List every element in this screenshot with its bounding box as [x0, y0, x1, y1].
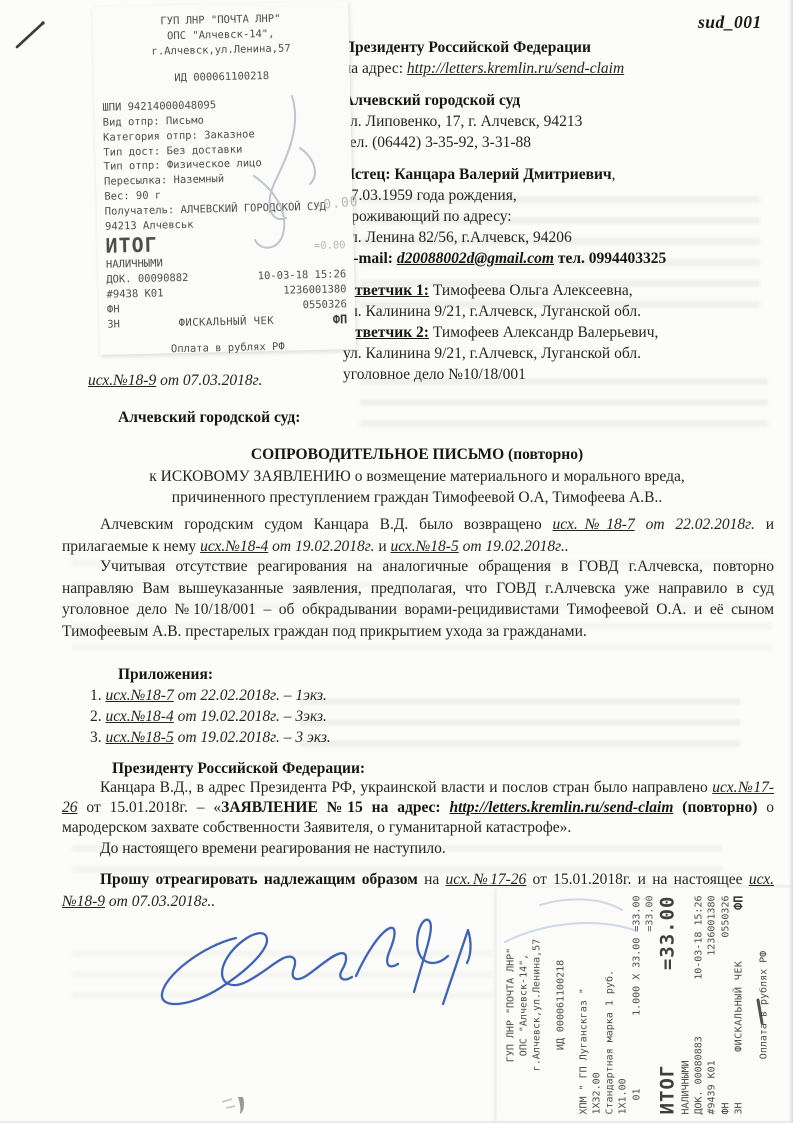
receipt-total-label: ИТОГ [105, 233, 158, 258]
attachment-item: 2. исх.№18-4 от 19.02.2018г. – 3экз. [90, 706, 331, 727]
postal-receipt-bottom-wrap: ГУП ЛНР "ПОЧТА ЛНР"ОПС "Алчевск-14",г.Ал… [497, 886, 793, 1123]
receipt-footer: Оплата в рублях РФ [108, 339, 348, 359]
receipt-serial: 0550326 [302, 297, 347, 313]
address-line: E-mail: d20088002d@gmail.com тел. 099440… [343, 248, 773, 269]
address-line: Истец: Канцара Валерий Дмитриевич, [343, 164, 773, 185]
receipt-item-line: 1Х1.00 [617, 896, 630, 1115]
letter-title-line: к ИСКОВОМУ ЗАЯВЛЕНИЮ о возмещение матери… [62, 466, 772, 488]
bleedthrough-text [300, 698, 740, 760]
outgoing-ref-line: исх.№18-9 от 07.03.2018г. [88, 370, 262, 391]
receipt-total-label: ИТОГ [657, 1065, 680, 1115]
address-line: 17.03.1959 года рождения, [343, 185, 773, 206]
receipt-fiscal-check-label: ФИСКАЛЬНЫЙ ЧЕК [178, 313, 274, 330]
paragraph-no-reaction: До настоящего времени реагирования не на… [62, 838, 774, 860]
receipt-org-block: ГУП ЛНР "ПОЧТА ЛНР"ОПС "Алчевск-14",г.Ал… [505, 896, 545, 1115]
receipt-details: ШПИ 94214000048095Вид отпр: ПисьмоКатего… [102, 95, 345, 234]
receipt-qty-row: 01 1.000 Х 33.00 =33.00 [630, 896, 643, 1115]
receipt-qty-right: 1.000 Х 33.00 =33.00 [630, 896, 643, 1016]
receipt-register: #9439 К01 [706, 1060, 719, 1114]
receipt-datetime: 10-03-18 15:26 [693, 896, 706, 980]
receipt-fn-label: ФН [719, 1102, 732, 1114]
address-line: ул. Липовенко, 17, г. Алчевск, 94213 [343, 111, 773, 132]
receipt-fp-label: ФП [333, 312, 348, 327]
doc-id-label: sud_001 [698, 12, 762, 33]
receipt-serial: 0550326 [719, 896, 732, 938]
receipt-total-row: ИТОГ =33.00 [657, 896, 680, 1115]
address-line: проживающий по адресу: [343, 206, 773, 227]
receipt-qty-left: 01 [630, 1088, 643, 1114]
attachment-item: 3. исх.№18-5 от 19.02.2018г. – 3 экз. [90, 727, 331, 748]
address-line: Ответчик 2: Тимофеев Александр Валерьеви… [343, 322, 773, 343]
receipt-doc-no: ДОК. 00090882 [106, 271, 189, 288]
address-line: на адрес: http://letters.kremlin.ru/send… [343, 58, 773, 79]
receipt-org-line: ГУП ЛНР "ПОЧТА ЛНР" [505, 896, 518, 1115]
receipt-item-line: 1Х32.00 [591, 896, 604, 1115]
receipt-item-line: Стандартная марка 1 руб. [604, 896, 617, 1115]
postal-receipt-top: ГУП ЛНР "ПОЧТА ЛНР"ОПС "Алчевск-14",г.Ал… [92, 1, 356, 355]
address-line: ул. Калинина 9/21, г.Алчевск, Луганской … [343, 343, 773, 364]
address-line: ул. Калинина 9/21, г.Алчевск, Луганской … [343, 301, 773, 322]
paragraph-returned-claims: Алчевским городским судом Канцара В.Д. б… [62, 514, 774, 557]
receipt-zn-label: ЗН [732, 1102, 745, 1114]
receipt-org-block: ГУП ЛНР "ПОЧТА ЛНР"ОПС "Алчевск-14",г.Ал… [100, 10, 341, 60]
attachment-item: 1. исх.№18-7 от 22.02.2018г. – 1экз. [90, 685, 331, 706]
attachments-heading: Приложения: [118, 664, 331, 685]
address-line: тел. (06442) 3-35-92, 3-31-88 [343, 132, 773, 153]
postal-receipt-bottom: ГУП ЛНР "ПОЧТА ЛНР"ОПС "Алчевск-14",г.Ал… [497, 888, 793, 1123]
receipt-id-line: ИД 000061100218 [554, 896, 567, 1115]
scanned-letter-page: sud_001 ГУП ЛНР "ПОЧТА ЛНР"ОПС "Алчевск-… [0, 0, 793, 1123]
address-block: Президенту Российской Федерациина адрес:… [343, 37, 773, 385]
bleedthrough-text [72, 950, 492, 1012]
receipt-payment-method: НАЛИЧНЫМИ [680, 896, 693, 1115]
attachments-list: 1. исх.№18-7 от 22.02.2018г. – 1экз.2. и… [90, 685, 331, 748]
receipt-org-line: г.Алчевск,ул.Ленина,57 [531, 896, 544, 1115]
address-line: ул. Ленина 82/56, г.Алчевск, 94206 [343, 227, 773, 248]
paragraph-resend-reason: Учитывая отсутствие реагирования на анал… [62, 556, 774, 642]
address-line [343, 79, 773, 90]
pen-slash-mark [17, 21, 45, 47]
receipt-doc-no: ДОК. 00080883 [693, 1036, 706, 1114]
receipt-total-value: =0.00 [314, 238, 346, 254]
receipt-item-line: ХПМ " ГП Луганскгаз " [577, 896, 590, 1115]
receipt-fn-row: ФН 0550326 [719, 896, 732, 1115]
letter-title-line: СОПРОВОДИТЕЛЬНОЕ ПИСЬМО (повторно) [62, 444, 772, 466]
receipt-stray-amount: -0.00 [314, 195, 359, 214]
letter-title-line: причиненного преступлением граждан Тимоф… [62, 487, 772, 509]
receipt-fn-label: ФН [107, 302, 120, 317]
president-heading: Президенту Российской Федерации: [112, 758, 365, 779]
bleedthrough-text [360, 378, 768, 440]
address-line [343, 269, 773, 280]
receipt-zn-label: ЗН [107, 317, 120, 332]
paragraph-statement-15: Канцара В.Д., в адрес Президента РФ, укр… [62, 778, 774, 838]
receipt-items: ХПМ " ГП Луганскгаз "1Х32.00Стандартная … [577, 896, 630, 1115]
receipt-fp-label: ФП [732, 896, 745, 910]
address-line: Президенту Российской Федерации [343, 37, 773, 58]
receipt-id-line: ИД 000061100218 [102, 68, 342, 88]
scan-edge [789, 0, 793, 1123]
receipt-footer: Оплата в рублях РФ [758, 896, 771, 1115]
signature [162, 920, 471, 1004]
address-line [343, 153, 773, 164]
receipt-fiscal-no: 1236001380 [706, 896, 719, 956]
smudge-mark [222, 1097, 244, 1114]
receipt-total-value: =33.00 [657, 896, 680, 971]
court-salutation: Алчевский городской суд: [118, 407, 300, 428]
receipt-org-line: ОПС "Алчевск-14", [518, 896, 531, 1115]
attachments-block: Приложения: 1. исх.№18-7 от 22.02.2018г.… [90, 664, 331, 748]
receipt-doc-row: ДОК. 00080883 10-03-18 15:26 [693, 896, 706, 1115]
receipt-zn-row: ЗН ФИСКАЛЬНЫЙ ЧЕК ФП [732, 896, 745, 1115]
receipt-fiscal-no: 1236001380 [283, 282, 347, 298]
address-line: Алчевский городской суд [343, 90, 773, 111]
address-line: Ответчик 1: Тимофеева Ольга Алексеевна, [343, 280, 773, 301]
receipt-register-row: #9439 К01 1236001380 [706, 896, 719, 1115]
receipt-register: #9438 К01 [106, 286, 163, 302]
receipt-fiscal-check-label: ФИСКАЛЬНЫЙ ЧЕК [732, 961, 745, 1052]
receipt-subtotal: =33.00 [643, 896, 656, 1115]
letter-title: СОПРОВОДИТЕЛЬНОЕ ПИСЬМО (повторно)к ИСКО… [62, 444, 772, 509]
address-line: уголовное дело №10/18/001 [343, 364, 773, 385]
